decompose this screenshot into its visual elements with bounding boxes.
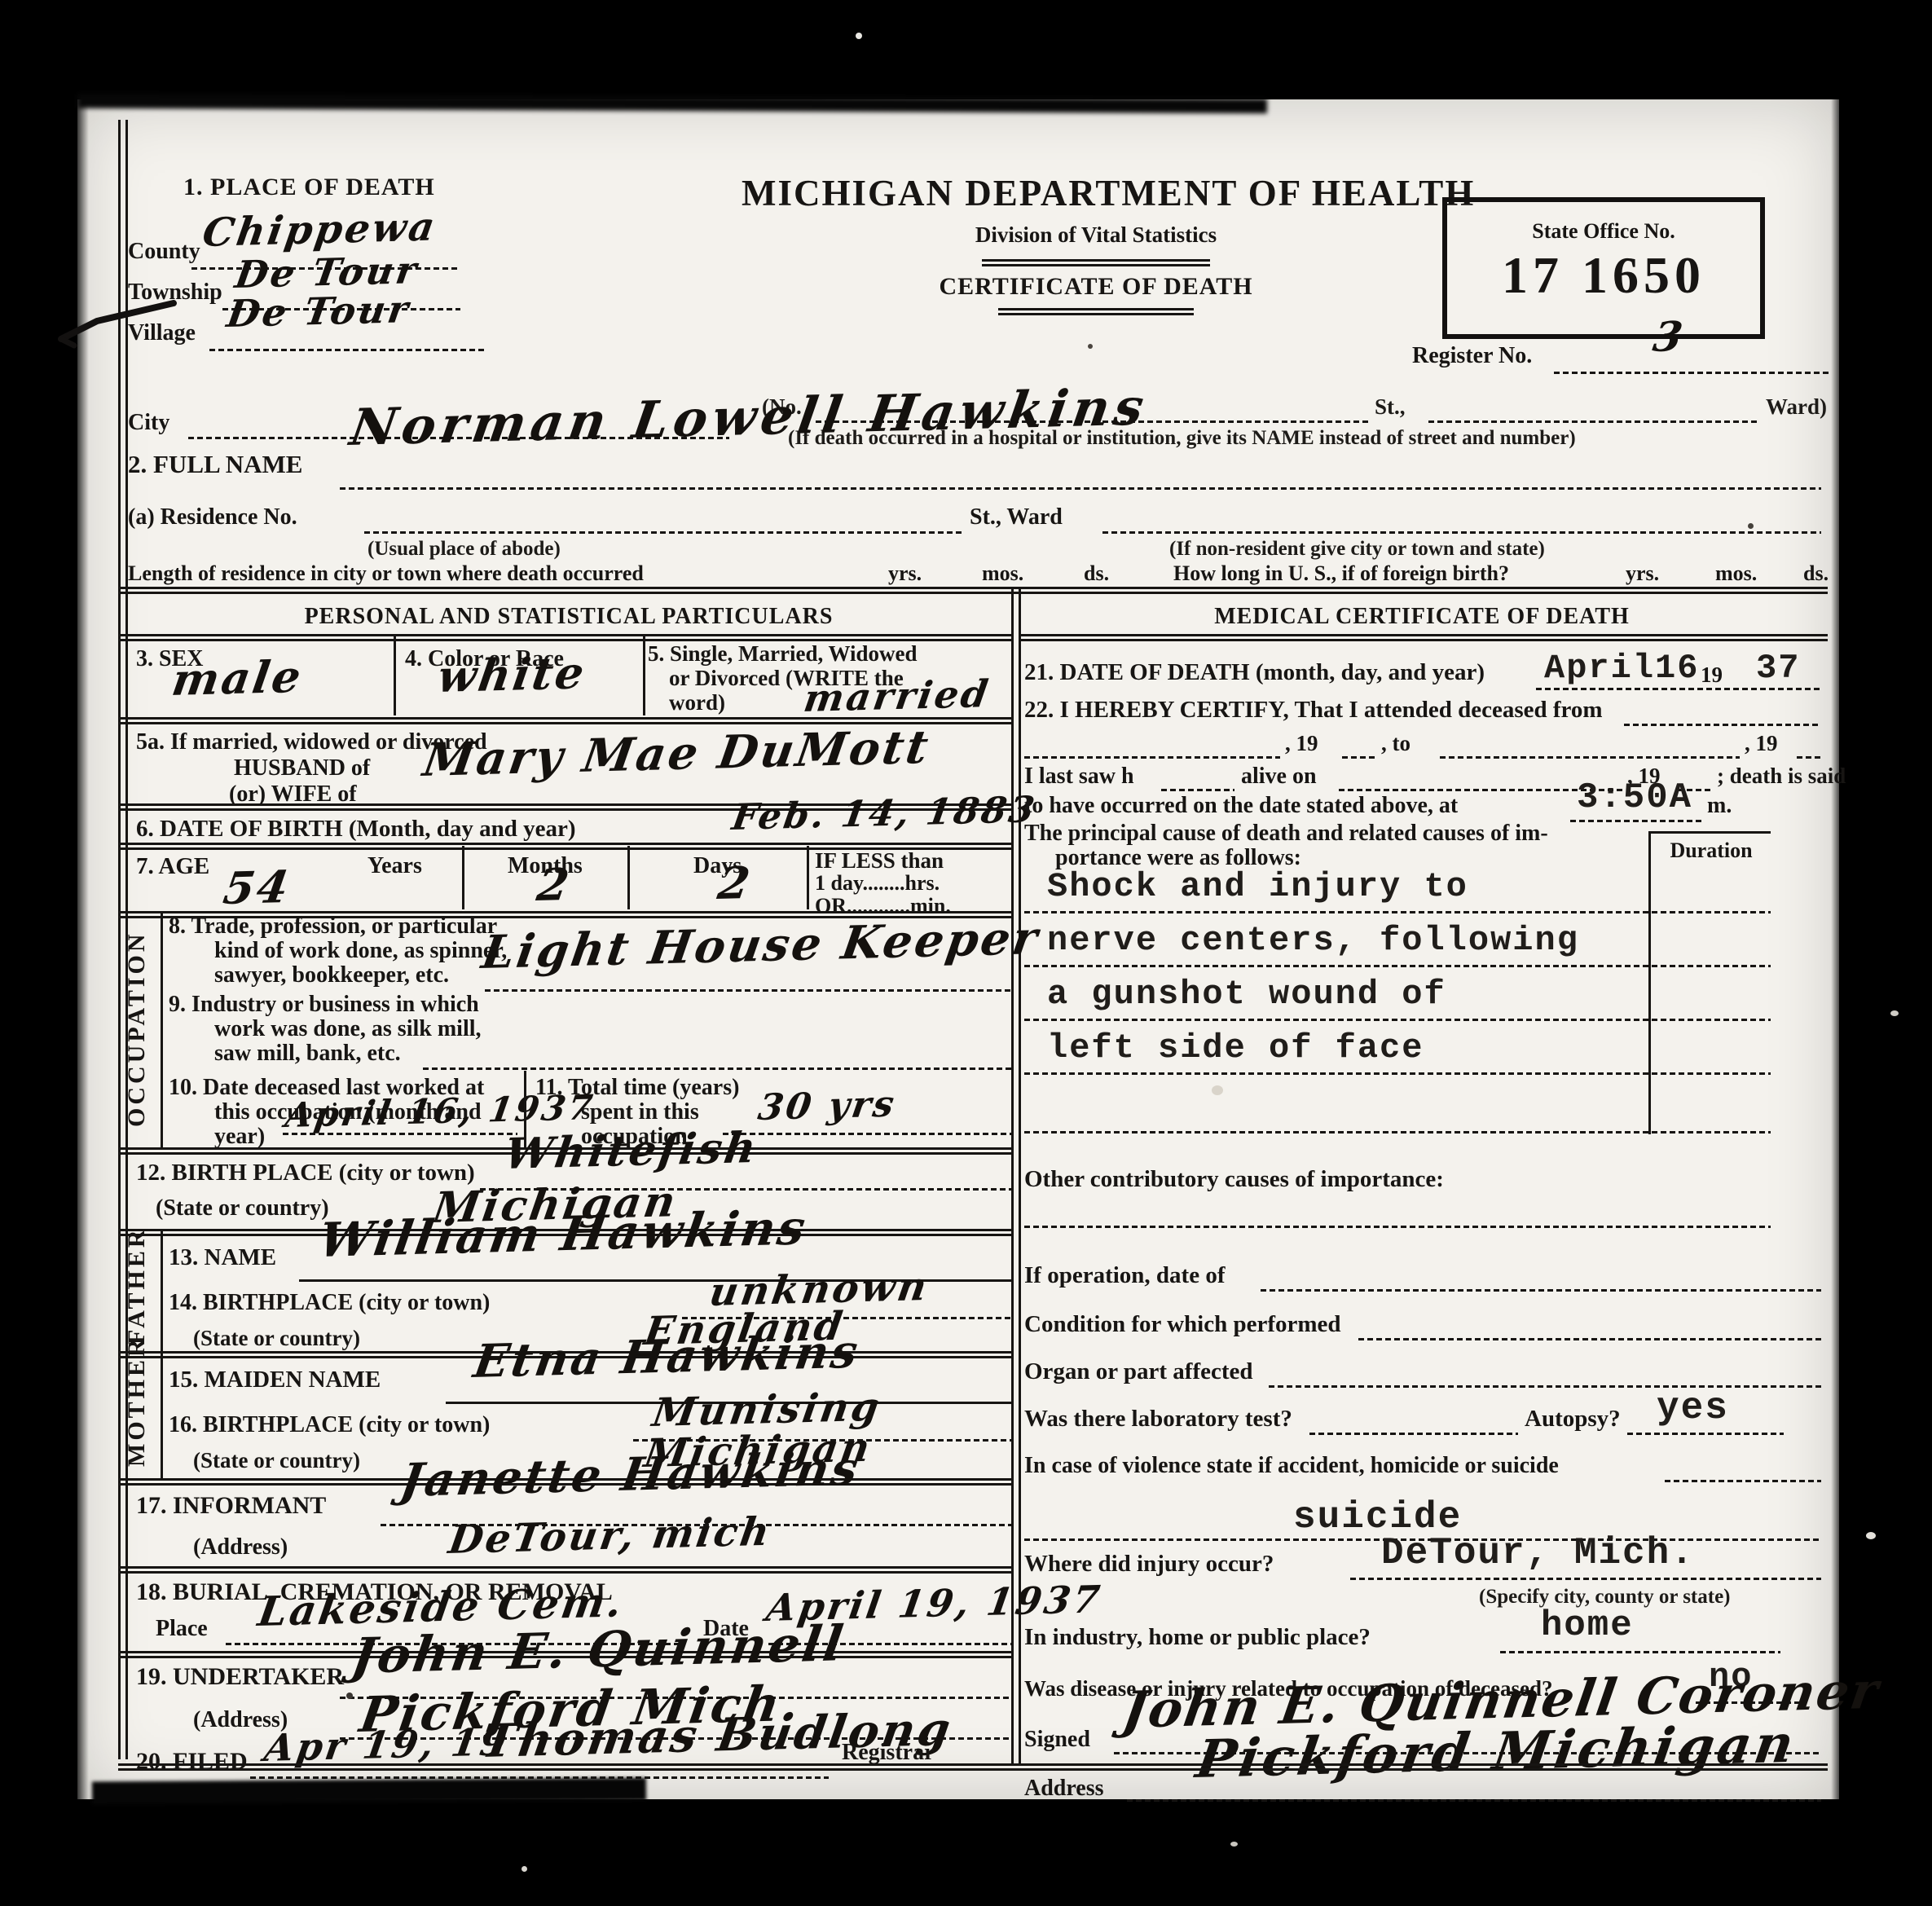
sex-cell-divider-2 (643, 634, 645, 715)
age-label: 7. AGE (136, 854, 209, 878)
ward-label: Ward) (1766, 394, 1827, 420)
injury-where-label: Where did injury occur? (1024, 1552, 1274, 1576)
ink-check-mark (58, 297, 180, 354)
father-sidebar-label: FATHER (123, 1234, 156, 1345)
mother-sidebar-label: MOTHER (123, 1361, 156, 1467)
trade-label-2: kind of work done, as spinner, (214, 939, 507, 962)
cause-line-1: Shock and injury to (1047, 867, 1468, 906)
undertaker-label: 19. UNDERTAKER (136, 1664, 344, 1690)
age-divider-3 (807, 846, 809, 909)
header-bottom-rule (118, 587, 1828, 594)
dust-speck (522, 1866, 527, 1872)
dust-speck (1866, 1532, 1876, 1539)
birthplace-city-value: Whitefish (501, 1123, 762, 1179)
st-ward-label: St., Ward (970, 505, 1063, 529)
scan-smudge-top (77, 94, 1267, 113)
certify-19-a: , 19 (1285, 732, 1318, 755)
trade-label-1: 8. Trade, profession, or particular (169, 914, 497, 938)
mos-label: mos. (982, 562, 1023, 584)
death-said-label: ; death is said (1717, 764, 1846, 787)
ds-label: ds. (1084, 562, 1109, 584)
state-office-box: State Office No. 17 1650 (1442, 197, 1765, 339)
alive-on-label: alive on (1241, 764, 1317, 788)
scanned-death-certificate: 1. PLACE OF DEATH County Chippewa Townsh… (0, 0, 1932, 1906)
occupation-sidebar-rule (161, 911, 163, 1147)
age-years-label: Years (367, 854, 422, 878)
last-worked-label-3: year) (214, 1125, 265, 1148)
total-time-label-2: spent in this (581, 1100, 699, 1124)
duration-box-left (1648, 831, 1651, 1134)
condition-line (1358, 1338, 1821, 1340)
father-bp-label: 14. BIRTHPLACE (city or town) (169, 1291, 490, 1314)
state-office-label: State Office No. (1447, 220, 1760, 242)
if-less-label-2: 1 day........hrs. (815, 872, 940, 894)
undertaker-value: John E. Quinnell (348, 1615, 849, 1685)
duration-label: Duration (1652, 839, 1771, 861)
address-label: Address (1024, 1776, 1104, 1800)
certificate-rule (998, 308, 1194, 315)
date-of-death-line (1536, 688, 1821, 690)
scan-edge-left (77, 99, 89, 1799)
date-of-death-19: 19 (1701, 663, 1723, 686)
age-days-value: 2 (715, 856, 755, 909)
st-ward-line (1102, 531, 1821, 534)
principal-cause-label-1: The principal cause of death and related… (1024, 821, 1548, 845)
cause-rule-1 (1024, 911, 1771, 913)
spouse-label-2: HUSBAND of (234, 756, 370, 780)
mother-sidebar-rule (161, 1351, 163, 1478)
address-line (1127, 1799, 1821, 1802)
occurred-label: to have occurred on the date stated abov… (1024, 794, 1458, 817)
father-name-value: William Hawkins (315, 1200, 812, 1268)
county-label: County (128, 240, 200, 263)
industry-home-label: In industry, home or public place? (1024, 1625, 1371, 1649)
dob-label: 6. DATE OF BIRTH (Month, day and year) (136, 817, 576, 841)
form-bottom-rule (118, 1763, 1828, 1771)
dust-speck (1230, 1842, 1238, 1847)
registrar-label: Registrar (842, 1741, 935, 1764)
occupation-sidebar-label: OCCUPATION (123, 916, 156, 1142)
industry-label-3: saw mill, bank, etc. (214, 1041, 401, 1065)
register-line (1554, 372, 1831, 374)
age-months-value: 2 (534, 858, 574, 911)
village-value: De Tour (224, 287, 414, 336)
city-label: City (128, 411, 169, 434)
yrs-label: yrs. (888, 562, 922, 584)
medical-title-rule (1021, 634, 1828, 641)
certify-19-b: , 19 (1745, 732, 1778, 755)
register-value: 3 (1650, 312, 1688, 361)
department-title: MICHIGAN DEPARTMENT OF HEALTH (742, 174, 1450, 213)
date-of-death-value: April16 (1544, 649, 1699, 688)
mother-name-label: 15. MAIDEN NAME (169, 1367, 381, 1392)
village-line (209, 349, 486, 351)
cause-line-4: left side of face (1047, 1028, 1424, 1067)
filed-line (250, 1776, 829, 1779)
certify-line2-a (1024, 756, 1280, 759)
duration-box-top (1648, 831, 1771, 834)
sex-table-top-rule (118, 634, 1011, 641)
autopsy-value: yes (1657, 1387, 1729, 1429)
lab-test-label: Was there laboratory test? (1024, 1406, 1292, 1431)
lab-test-line (1309, 1433, 1518, 1435)
industry-label-1: 9. Industry or business in which (169, 993, 479, 1016)
full-name-label: 2. FULL NAME (128, 451, 302, 478)
informant-address-label: (Address) (193, 1535, 288, 1559)
mos-label-2: mos. (1715, 562, 1757, 584)
ink-speck (1748, 523, 1754, 529)
father-sidebar-rule (161, 1229, 163, 1351)
place-of-death-title: 1. PLACE OF DEATH (183, 174, 435, 200)
informant-bottom-rule (118, 1566, 1011, 1574)
birthplace-state-label: (State or country) (156, 1196, 329, 1220)
spouse-label-3: (or) WIFE of (229, 782, 357, 806)
cause-line-3: a gunshot wound of (1047, 975, 1446, 1014)
last-saw-line-a (1161, 789, 1234, 791)
certify-line2-b (1342, 756, 1376, 759)
total-time-value: 30 yrs (755, 1084, 899, 1129)
residence-label: (a) Residence No. (128, 505, 297, 529)
autopsy-line (1627, 1433, 1784, 1435)
burial-place-label: Place (156, 1617, 208, 1640)
mother-name-value: Etna Hawkins (470, 1325, 864, 1389)
certify-to: , to (1381, 732, 1410, 755)
mother-bp-label: 16. BIRTHPLACE (city or town) (169, 1413, 490, 1437)
marital-value: married (801, 671, 993, 720)
filed-date-value: Apr 19, 19 (262, 1719, 513, 1770)
marital-label-1: 5. Single, Married, Widowed (648, 642, 918, 665)
certificate-title: CERTIFICATE OF DEATH (742, 274, 1450, 300)
total-time-label-1: 11. Total time (years) (535, 1076, 739, 1099)
informant-label: 17. INFORMANT (136, 1493, 326, 1519)
ink-speck (1212, 1085, 1223, 1095)
marital-label-3: word) (669, 691, 725, 714)
sex-cell-divider-1 (394, 634, 396, 715)
length-residence-label: Length of residence in city or town wher… (128, 562, 644, 584)
operation-label: If operation, date of (1024, 1263, 1225, 1288)
injury-where-line (1350, 1578, 1821, 1580)
contributory-line (1024, 1226, 1771, 1228)
ds-label-2: ds. (1803, 562, 1829, 584)
certify-line (1624, 724, 1821, 726)
condition-label: Condition for which performed (1024, 1312, 1341, 1336)
cause-rule-3 (1024, 1019, 1771, 1021)
sex-value: male (169, 650, 306, 706)
date-of-death-year: 37 (1756, 649, 1800, 688)
industry-label-2: work was done, as silk mill, (214, 1017, 482, 1041)
full-name-line (340, 487, 1821, 490)
spouse-value: Mary Mae DuMott (420, 720, 934, 787)
organ-line (1269, 1385, 1821, 1388)
cause-rule-4 (1024, 1072, 1771, 1075)
industry-home-value: home (1541, 1605, 1634, 1646)
division-subtitle: Division of Vital Statistics (742, 223, 1450, 246)
how-long-us-label: How long in U. S., if of foreign birth? (1173, 562, 1509, 584)
violence-label: In case of violence state if accident, h… (1024, 1454, 1559, 1477)
trade-line (485, 989, 1011, 992)
injury-where-value: DeTour, Mich. (1381, 1532, 1695, 1574)
dob-value: Feb. 14, 1883 (729, 789, 1040, 839)
death-time-line (1570, 820, 1704, 822)
register-label: Register No. (1412, 344, 1532, 368)
death-time-m: m. (1707, 794, 1732, 817)
principal-cause-label-2: portance were as follows: (1055, 846, 1301, 869)
nonresident-note: (If non-resident give city or town and s… (1169, 538, 1545, 561)
cause-rule-empty (1024, 1131, 1771, 1133)
certify-label: 22. I HEREBY CERTIFY, That I attended de… (1024, 698, 1603, 722)
dust-speck (856, 33, 862, 39)
scan-edge-right (1831, 99, 1839, 1799)
st-line (1428, 420, 1759, 423)
residence-line (364, 531, 962, 534)
operation-line (1261, 1289, 1821, 1292)
dust-speck (1890, 1010, 1899, 1016)
mother-bp-state-label: (State or country) (193, 1449, 360, 1472)
cause-rule-2 (1024, 965, 1771, 967)
ink-speck (346, 1693, 353, 1699)
father-bp-state-label: (State or country) (193, 1327, 360, 1349)
certify-line2-d (1797, 756, 1821, 759)
cause-line-2: nerve centers, following (1047, 921, 1579, 960)
date-of-death-label: 21. DATE OF DEATH (month, day, and year) (1024, 660, 1485, 684)
contributory-label: Other contributory causes of importance: (1024, 1167, 1444, 1191)
trade-value: Light House Keeper (478, 911, 1043, 979)
race-value: white (434, 646, 590, 702)
informant-address-value: DeTour, mich (446, 1509, 775, 1563)
scan-smudge-bottom-left (92, 1778, 646, 1805)
personal-section-title: PERSONAL AND STATISTICAL PARTICULARS (126, 605, 1011, 628)
trade-label-3: sawyer, bookkeeper, etc. (214, 963, 449, 987)
if-less-label-1: IF LESS than (815, 849, 944, 872)
age-years-value: 54 (220, 861, 294, 914)
last-saw-label: I last saw h (1024, 764, 1134, 788)
informant-value: Janette Hawkins (397, 1442, 864, 1508)
certify-line2-c (1440, 756, 1740, 759)
father-name-label: 13. NAME (169, 1245, 276, 1270)
age-divider-2 (627, 846, 630, 909)
age-divider-1 (462, 846, 464, 909)
yrs-label-2: yrs. (1626, 562, 1659, 584)
violence-line (1665, 1480, 1821, 1482)
autopsy-label: Autopsy? (1525, 1406, 1621, 1431)
abode-note: (Usual place of abode) (367, 538, 561, 561)
industry-line (423, 1067, 1011, 1070)
medical-section-title: MEDICAL CERTIFICATE OF DEATH (1021, 605, 1823, 628)
organ-label: Organ or part affected (1024, 1359, 1253, 1384)
certificate-page: 1. PLACE OF DEATH County Chippewa Townsh… (77, 99, 1839, 1799)
division-rule (982, 259, 1210, 266)
industry-home-line (1500, 1651, 1780, 1653)
signed-label: Signed (1024, 1728, 1090, 1751)
death-time-value: 3:50A (1577, 777, 1692, 818)
birthplace-label: 12. BIRTH PLACE (city or town) (136, 1160, 475, 1185)
st-label: St., (1375, 394, 1406, 420)
state-office-number: 17 1650 (1447, 248, 1760, 302)
total-time-line (723, 1133, 1011, 1135)
last-worked-line (283, 1133, 517, 1135)
ink-speck (1088, 344, 1093, 349)
